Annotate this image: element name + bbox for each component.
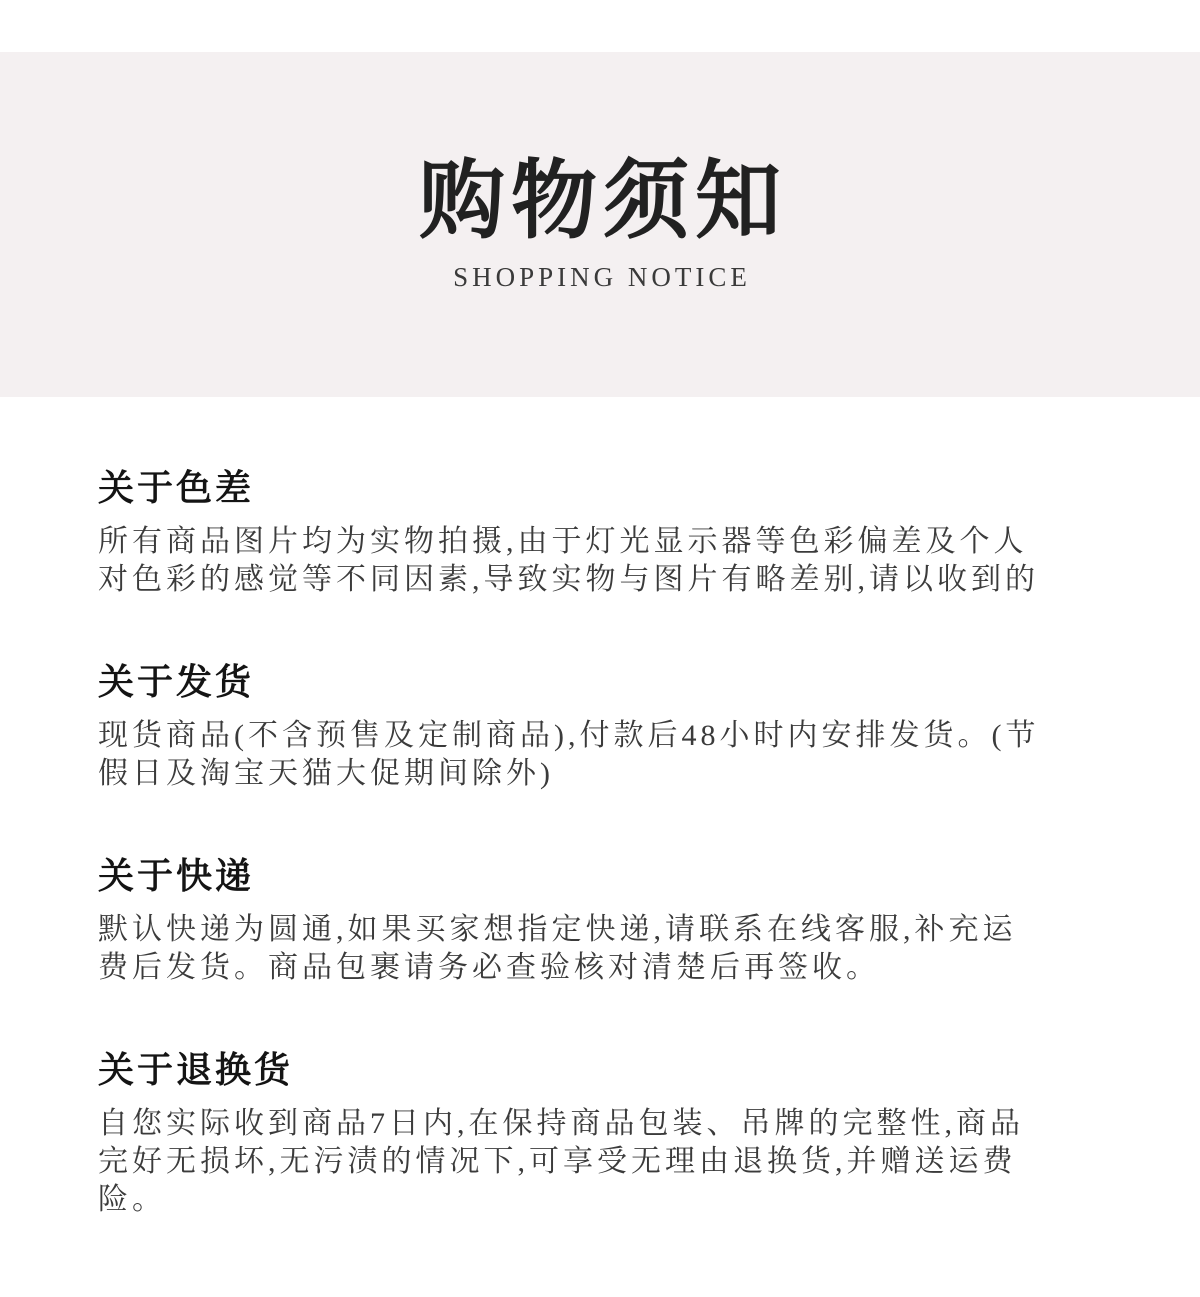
- section-color-difference: 关于色差 所有商品图片均为实物拍摄,由于灯光显示器等色彩偏差及个人 对色彩的感觉…: [98, 467, 1102, 599]
- section-heading: 关于退换货: [98, 1049, 1102, 1091]
- section-express-delivery: 关于快递 默认快递为圆通,如果买家想指定快递,请联系在线客服,补充运 费后发货。…: [98, 855, 1102, 987]
- notice-sections: 关于色差 所有商品图片均为实物拍摄,由于灯光显示器等色彩偏差及个人 对色彩的感觉…: [0, 467, 1200, 1219]
- shopping-notice-page: 购物须知 SHOPPING NOTICE 关于色差 所有商品图片均为实物拍摄,由…: [0, 0, 1200, 1297]
- section-body-text: 所有商品图片均为实物拍摄,由于灯光显示器等色彩偏差及个人 对色彩的感觉等不同因素…: [98, 523, 1102, 599]
- section-returns-exchange: 关于退换货 自您实际收到商品7日内,在保持商品包装、吊牌的完整性,商品 完好无损…: [98, 1049, 1102, 1219]
- section-heading: 关于色差: [98, 467, 1102, 509]
- page-subtitle: SHOPPING NOTICE: [449, 262, 751, 293]
- section-body-text: 现货商品(不含预售及定制商品),付款后48小时内安排发货。(节 假日及淘宝天猫大…: [98, 717, 1102, 793]
- section-body-text: 默认快递为圆通,如果买家想指定快递,请联系在线客服,补充运 费后发货。商品包裹请…: [98, 911, 1102, 987]
- header-banner: 购物须知 SHOPPING NOTICE: [0, 52, 1200, 397]
- section-heading: 关于快递: [98, 855, 1102, 897]
- section-shipping: 关于发货 现货商品(不含预售及定制商品),付款后48小时内安排发货。(节 假日及…: [98, 661, 1102, 793]
- section-body-text: 自您实际收到商品7日内,在保持商品包装、吊牌的完整性,商品 完好无损坏,无污渍的…: [98, 1105, 1102, 1219]
- section-heading: 关于发货: [98, 661, 1102, 703]
- page-title: 购物须知: [413, 156, 787, 246]
